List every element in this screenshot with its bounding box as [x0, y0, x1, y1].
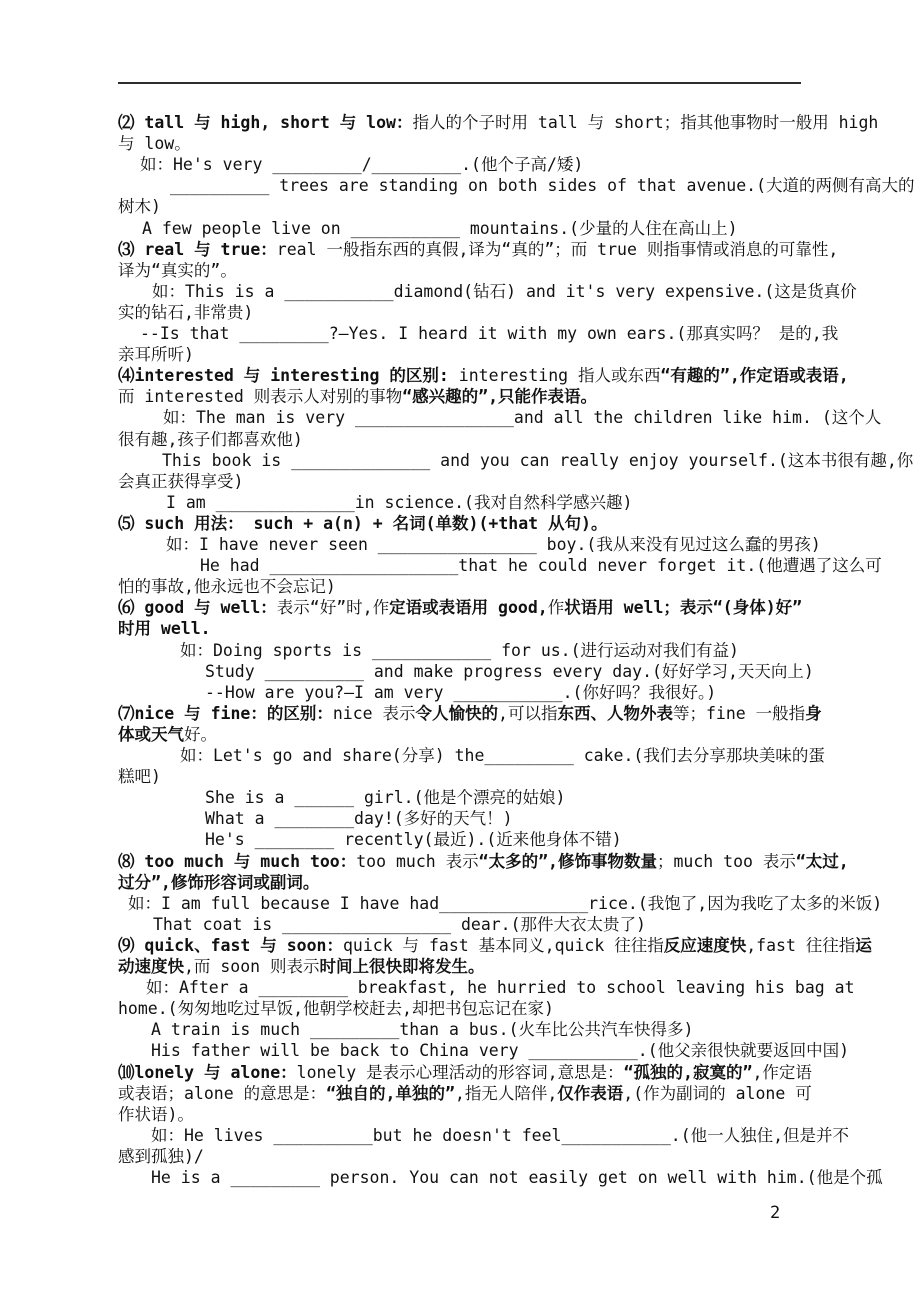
text-segment: 如：I am full because I have had__________…: [128, 894, 882, 913]
text-segment: 如：Doing sports is ____________ for us.(进…: [180, 641, 739, 660]
text-line: 树木): [118, 196, 161, 217]
text-segment: 而 interested 则表示人对别的事物: [118, 387, 402, 406]
bold-text-segment: “独自的,单独的”: [326, 1084, 455, 1103]
text-line: __________ trees are standing on both si…: [170, 175, 915, 196]
text-segment: 好。: [184, 725, 217, 744]
bold-text-segment: ⑶ real 与 true：: [118, 240, 277, 259]
bold-text-segment: 状语用 well；表示“(身体)好”: [564, 598, 802, 617]
text-line: ⑶ real 与 true：real 一般指东西的真假,译为“真的”；而 tru…: [118, 239, 838, 260]
text-segment: ；much too 表示: [657, 852, 796, 871]
bold-text-segment: ⑻ too much 与 much too：: [118, 852, 356, 871]
bold-text-segment: 令人愉快的: [416, 704, 499, 723]
text-segment: 如：This is a ___________diamond(钻石) and i…: [152, 282, 857, 301]
bold-text-segment: ⑼ quick、fast 与 soon：: [118, 936, 343, 955]
text-line: 译为“真实的”。: [118, 260, 237, 281]
text-segment: He's ________ recently(最近).(近来他身体不错): [205, 830, 622, 849]
bold-text-segment: ⑷interested 与 interesting 的区别:: [118, 366, 449, 385]
text-segment: ,(作为副词的 alone 可: [623, 1084, 811, 1103]
text-segment: 译为“真实的”。: [118, 261, 237, 280]
text-segment: ,可以指: [498, 704, 557, 723]
bold-text-segment: ⑽lonely 与 alone：: [118, 1063, 297, 1082]
bold-text-segment: 仅作表语: [557, 1084, 623, 1103]
text-line: 如：Doing sports is ____________ for us.(进…: [180, 640, 739, 661]
text-segment: 如：After a _________ breakfast, he hurrie…: [146, 978, 855, 997]
text-line: He had ___________________that he could …: [200, 555, 882, 576]
text-segment: 指人的个子时用 tall 与 short；指其他事物时一般用 high: [412, 113, 878, 132]
text-line: 或表语；alone 的意思是：“独自的,单独的”,指无人陪伴,仅作表语,(作为副…: [118, 1083, 812, 1104]
text-line: What a ________day!(多好的天气！): [205, 808, 513, 829]
bold-text-segment: ⑺nice 与 fine：的区别：: [118, 704, 333, 723]
text-line: Study __________ and make progress every…: [205, 661, 814, 682]
text-line: ⑽lonely 与 alone：lonely 是表示心理活动的形容词,意思是：“…: [118, 1062, 812, 1083]
bold-text-segment: ⑸ such 用法： such + a(n) + 名词(单数)(+that 从句…: [118, 514, 607, 533]
text-line: 体或天气好。: [118, 724, 217, 745]
bold-text-segment: ⑵ tall 与 high, short 与 low：: [118, 113, 412, 132]
text-line: 时用 well.: [118, 618, 211, 639]
text-line: 如：I have never seen ________________ boy…: [166, 534, 821, 555]
text-line: 感到孤独)/: [118, 1146, 204, 1167]
text-line: 如：He lives __________but he doesn't feel…: [151, 1125, 849, 1146]
text-line: 如：This is a ___________diamond(钻石) and i…: [152, 281, 857, 302]
text-segment: What a ________day!(多好的天气！): [205, 809, 513, 828]
text-segment: 实的钻石,非常贵): [118, 303, 253, 322]
text-segment: 作状语)。: [118, 1105, 194, 1124]
page-number: 2: [770, 1203, 780, 1223]
text-line: 动速度快,而 soon 则表示时间上很快即将发生。: [118, 956, 485, 977]
text-segment: home.(匆匆地吃过早饭,他朝学校赶去,却把书包忘记在家): [118, 999, 554, 1018]
text-segment: His father will be back to China very __…: [151, 1041, 849, 1060]
text-segment: real 一般指东西的真假,译为“真的”；而 true 则指事情或消息的可靠性,: [277, 240, 839, 259]
bold-text-segment: 运: [855, 936, 872, 955]
text-line: His father will be back to China very __…: [151, 1040, 849, 1061]
text-segment: 与 low。: [118, 134, 191, 153]
text-segment: --Is that _________?—Yes. I heard it wit…: [140, 324, 838, 343]
text-segment: 会真正获得享受): [118, 472, 243, 491]
text-segment: nice 表示: [333, 704, 416, 723]
bold-text-segment: 过分”,修饰形容词或副词。: [118, 873, 319, 892]
text-line: He is a _________ person. You can not ea…: [151, 1167, 883, 1188]
bold-text-segment: 反应速度快: [664, 936, 747, 955]
text-line: This book is ______________ and you can …: [162, 450, 913, 471]
text-segment: --How are you?—I am very ___________.(你好…: [205, 683, 716, 702]
bold-text-segment: “有趣的”,作定语或表语,: [661, 366, 849, 385]
text-line: A few people live on ___________ mountai…: [142, 218, 738, 239]
text-segment: A train is much _________than a bus.(火车比…: [151, 1020, 694, 1039]
text-line: 过分”,修饰形容词或副词。: [118, 872, 319, 893]
text-segment: quick 与 fast 基本同义,quick 往往指: [343, 936, 664, 955]
text-line: ⑸ such 用法： such + a(n) + 名词(单数)(+that 从句…: [118, 513, 607, 534]
text-segment: interesting 指人或东西: [449, 366, 661, 385]
text-line: 与 low。: [118, 133, 191, 154]
text-line: 很有趣,孩子们都喜欢他): [118, 429, 303, 450]
text-segment: lonely 是表示心理活动的形容词,意思是：: [297, 1063, 624, 1082]
text-segment: 很有趣,孩子们都喜欢他): [118, 430, 303, 449]
text-line: He's ________ recently(最近).(近来他身体不错): [205, 829, 622, 850]
document-body: ⑵ tall 与 high, short 与 low：指人的个子时用 tall …: [0, 0, 920, 1302]
text-line: 如：I am full because I have had__________…: [128, 893, 882, 914]
text-line: ⑵ tall 与 high, short 与 low：指人的个子时用 tall …: [118, 112, 878, 133]
bold-text-segment: 体或天气: [118, 725, 184, 744]
text-segment: 或表语；alone 的意思是：: [118, 1084, 326, 1103]
text-line: 如：Let's go and share(分享) the_________ ca…: [180, 745, 825, 766]
text-line: 亲耳所听): [118, 344, 194, 365]
text-line: home.(匆匆地吃过早饭,他朝学校赶去,却把书包忘记在家): [118, 998, 554, 1019]
text-line: ⑹ good 与 well：表示“好”时,作定语或表语用 good,作状语用 w…: [118, 597, 802, 618]
text-line: A train is much _________than a bus.(火车比…: [151, 1019, 694, 1040]
text-line: 如：The man is very ________________and al…: [163, 407, 881, 428]
text-segment: Study __________ and make progress every…: [205, 662, 814, 681]
text-line: ⑺nice 与 fine：的区别：nice 表示令人愉快的,可以指东西、人物外表…: [118, 703, 822, 724]
text-line: She is a ______ girl.(他是个漂亮的姑娘): [205, 787, 565, 808]
text-segment: This book is ______________ and you can …: [162, 451, 913, 470]
bold-text-segment: 定语或表语用 good,: [389, 598, 548, 617]
text-segment: ,作定语: [752, 1063, 811, 1082]
text-segment: 亲耳所听): [118, 345, 194, 364]
bold-text-segment: 时用 well.: [118, 619, 211, 638]
text-line: 作状语)。: [118, 1104, 194, 1125]
text-segment: __________ trees are standing on both si…: [170, 176, 915, 195]
bold-text-segment: 时间上很快即将发生。: [320, 957, 485, 976]
text-segment: That coat is _________________ dear.(那件大…: [153, 915, 646, 934]
text-segment: 表示“好”时,作: [277, 598, 389, 617]
bold-text-segment: “感兴趣的”,只能作表语。: [402, 387, 597, 406]
text-line: I am ______________in science.(我对自然科学感兴趣…: [166, 492, 632, 513]
bold-text-segment: ⑹ good 与 well：: [118, 598, 277, 617]
text-line: ⑷interested 与 interesting 的区别: interesti…: [118, 365, 849, 386]
text-segment: 如：Let's go and share(分享) the_________ ca…: [180, 746, 825, 765]
text-segment: I am ______________in science.(我对自然科学感兴趣…: [166, 493, 632, 512]
bold-text-segment: 东西、人物外表: [557, 704, 673, 723]
text-segment: A few people live on ___________ mountai…: [142, 219, 738, 238]
text-line: --Is that _________?—Yes. I heard it wit…: [140, 323, 838, 344]
text-line: --How are you?—I am very ___________.(你好…: [205, 682, 716, 703]
text-line: ⑻ too much 与 much too：too much 表示“太多的”,修…: [118, 851, 849, 872]
bold-text-segment: “孤独的,寂寞的”: [624, 1063, 753, 1082]
text-line: 怕的事故,他永远也不会忘记): [118, 576, 336, 597]
text-segment: ,指无人陪伴,: [455, 1084, 557, 1103]
text-line: 糕吧): [118, 766, 161, 787]
text-segment: ,fast 往往指: [746, 936, 855, 955]
text-line: 如：After a _________ breakfast, he hurrie…: [146, 977, 855, 998]
text-line: 会真正获得享受): [118, 471, 243, 492]
bold-text-segment: 身: [805, 704, 822, 723]
text-segment: 怕的事故,他永远也不会忘记): [118, 577, 336, 596]
text-segment: She is a ______ girl.(他是个漂亮的姑娘): [205, 788, 565, 807]
text-segment: 如：He's very _________/_________.(他个子高/矮): [140, 155, 583, 174]
bold-text-segment: “太多的”,修饰事物数量: [479, 852, 657, 871]
text-line: 实的钻石,非常贵): [118, 302, 253, 323]
text-segment: ,而 soon 则表示: [184, 957, 320, 976]
text-segment: 如：He lives __________but he doesn't feel…: [151, 1126, 849, 1145]
bold-text-segment: “太过,: [796, 852, 849, 871]
text-segment: He is a _________ person. You can not ea…: [151, 1168, 883, 1187]
bold-text-segment: 动速度快: [118, 957, 184, 976]
text-segment: He had ___________________that he could …: [200, 556, 882, 575]
text-line: ⑼ quick、fast 与 soon：quick 与 fast 基本同义,qu…: [118, 935, 872, 956]
text-line: 如：He's very _________/_________.(他个子高/矮): [140, 154, 583, 175]
text-segment: 如：I have never seen ________________ boy…: [166, 535, 821, 554]
text-segment: 树木): [118, 197, 161, 216]
text-segment: 等；fine 一般指: [673, 704, 805, 723]
text-segment: 糕吧): [118, 767, 161, 786]
document-page: ⑵ tall 与 high, short 与 low：指人的个子时用 tall …: [0, 0, 920, 1302]
text-line: 而 interested 则表示人对别的事物“感兴趣的”,只能作表语。: [118, 386, 597, 407]
text-segment: too much 表示: [356, 852, 478, 871]
text-line: That coat is _________________ dear.(那件大…: [153, 914, 646, 935]
text-segment: 作: [548, 598, 565, 617]
text-segment: 感到孤独)/: [118, 1147, 204, 1166]
text-segment: 如：The man is very ________________and al…: [163, 408, 881, 427]
